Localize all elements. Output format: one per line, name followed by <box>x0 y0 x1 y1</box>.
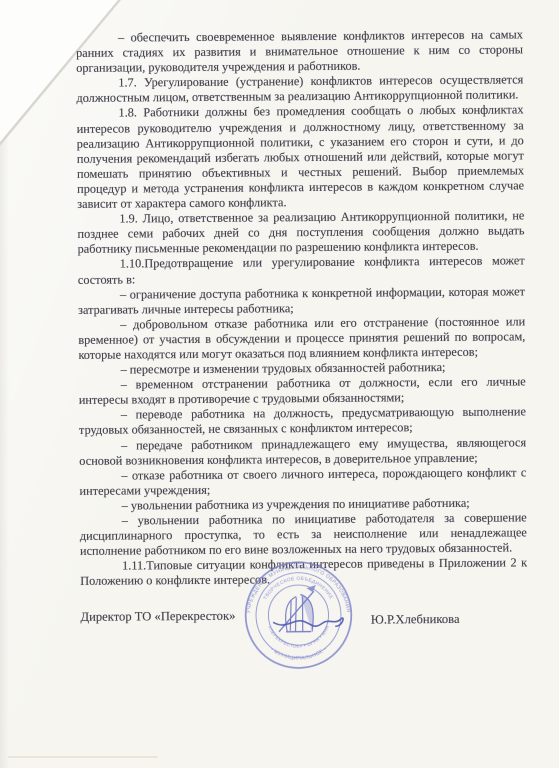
paragraph: – переводе работника на должность, преду… <box>79 405 526 439</box>
official-round-stamp: УЧРЕЖДЕНИЕ МУНИЦИПАЛЬНОГО ОБРАЗОВАНИЯ • … <box>240 557 357 674</box>
document-body: – обеспечить своевременное выявление кон… <box>76 27 527 589</box>
paragraph: 1.8. Работники должны без промедления со… <box>76 103 524 212</box>
stamp-inner-ring-bottom-text: «ПЕРЕКРЕСТОК» • ОГРН • ИНН <box>267 625 330 649</box>
scanned-document-page: – обеспечить своевременное выявление кон… <box>0 0 559 768</box>
scan-content: – обеспечить своевременное выявление кон… <box>0 0 559 768</box>
stamp-outer-ring-top-text: УЧРЕЖДЕНИЕ МУНИЦИПАЛЬНОГО ОБРАЗОВАНИЯ <box>246 564 351 614</box>
paragraph: – передаче работником принадлежащего ему… <box>79 435 526 469</box>
signature-name: Ю.Р.Хлебникова <box>371 612 460 628</box>
paragraph: – временном отстранении работника от дол… <box>79 375 526 409</box>
paragraph: – добровольном отказе работника или его … <box>78 314 525 363</box>
paragraph: – отказе работника от своего личного инт… <box>79 465 526 499</box>
paragraph: – обеспечить своевременное выявление кон… <box>76 27 523 76</box>
stamp-inner-ring-top-text: ТВОРЧЕСКОЕ ОБЪЕДИНЕНИЕ <box>262 576 334 601</box>
paragraph: – ограничение доступа работника к конкре… <box>78 284 525 318</box>
paragraph: – увольнении работника по инициативе раб… <box>80 510 527 559</box>
paragraph: 1.7. Урегулирование (устранение) конфлик… <box>76 73 523 107</box>
paragraph: 1.10.Предотвращение или урегулирование к… <box>78 254 525 288</box>
paragraph: 1.9. Лицо, ответственное за реализацию А… <box>77 208 524 257</box>
signature-role: Директор ТО «Перекресток» <box>80 609 235 625</box>
